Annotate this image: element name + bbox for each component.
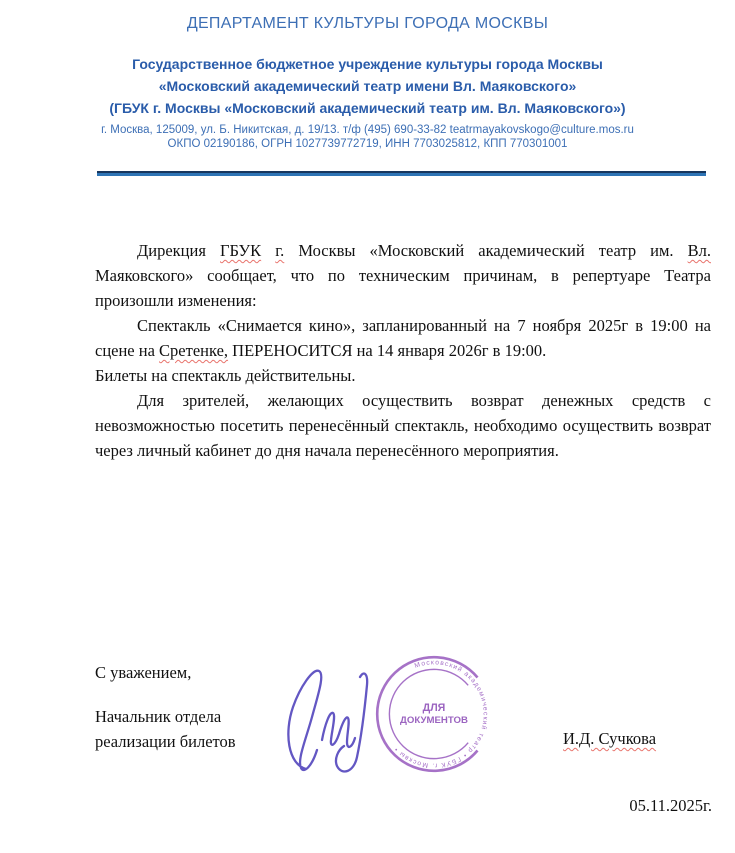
body-text-segment: Маяковского» сообщает, что по технически… [95, 266, 711, 310]
letter-body: Дирекция ГБУК г. Москвы «Московский акад… [95, 238, 711, 463]
paragraph-4: Для зрителей, желающих осуществить возвр… [95, 388, 711, 463]
stamp-center-line-2: ДОКУМЕНТОВ [400, 715, 468, 726]
org-name-line-2: «Московский академический театр имени Вл… [0, 78, 735, 94]
address-contact-line: г. Москва, 125009, ул. Б. Никитская, д. … [0, 124, 735, 136]
org-name-line-1: Государственное бюджетное учреждение кул… [0, 56, 735, 72]
paragraph-3: Билеты на спектакль действительны. [95, 363, 711, 388]
signer-position-line-2: реализации билетов [95, 732, 236, 752]
letter-page: ДЕПАРТАМЕНТ КУЛЬТУРЫ ГОРОДА МОСКВЫ Госуд… [0, 0, 735, 853]
misspelled-word: Сретенке, [159, 341, 228, 360]
paragraph-2: Спектакль «Снимается кино», запланирован… [95, 313, 711, 363]
stamp-center-line-1: ДЛЯ [423, 702, 446, 714]
document-date: 05.11.2025г. [629, 796, 712, 816]
org-name-line-3: (ГБУК г. Москвы «Московский академически… [0, 100, 735, 116]
body-text-segment [261, 241, 275, 260]
paragraph-1: Дирекция ГБУК г. Москвы «Московский акад… [95, 238, 711, 313]
signer-position-line-1: Начальник отдела [95, 707, 221, 727]
body-text-segment: Москвы «Московский академический театр и… [284, 241, 687, 260]
signer-name: И.Д. Сучкова [563, 729, 656, 749]
closing-salutation: С уважением, [95, 663, 191, 683]
body-text-segment: ПЕРЕНОСИТСЯ на 14 января 2026г в 19:00. [228, 341, 546, 360]
document-stamp: Московский академический театр • ГБУК г.… [363, 643, 505, 785]
body-text-segment: Дирекция [137, 241, 220, 260]
misspelled-word: г. [275, 241, 284, 260]
registration-codes-line: ОКПО 02190186, ОГРН 1027739772719, ИНН 7… [0, 138, 735, 150]
misspelled-word: Вл. [688, 241, 711, 260]
header-divider-rule [97, 171, 706, 176]
department-title: ДЕПАРТАМЕНТ КУЛЬТУРЫ ГОРОДА МОСКВЫ [0, 15, 735, 33]
misspelled-word: ГБУК [220, 241, 261, 260]
